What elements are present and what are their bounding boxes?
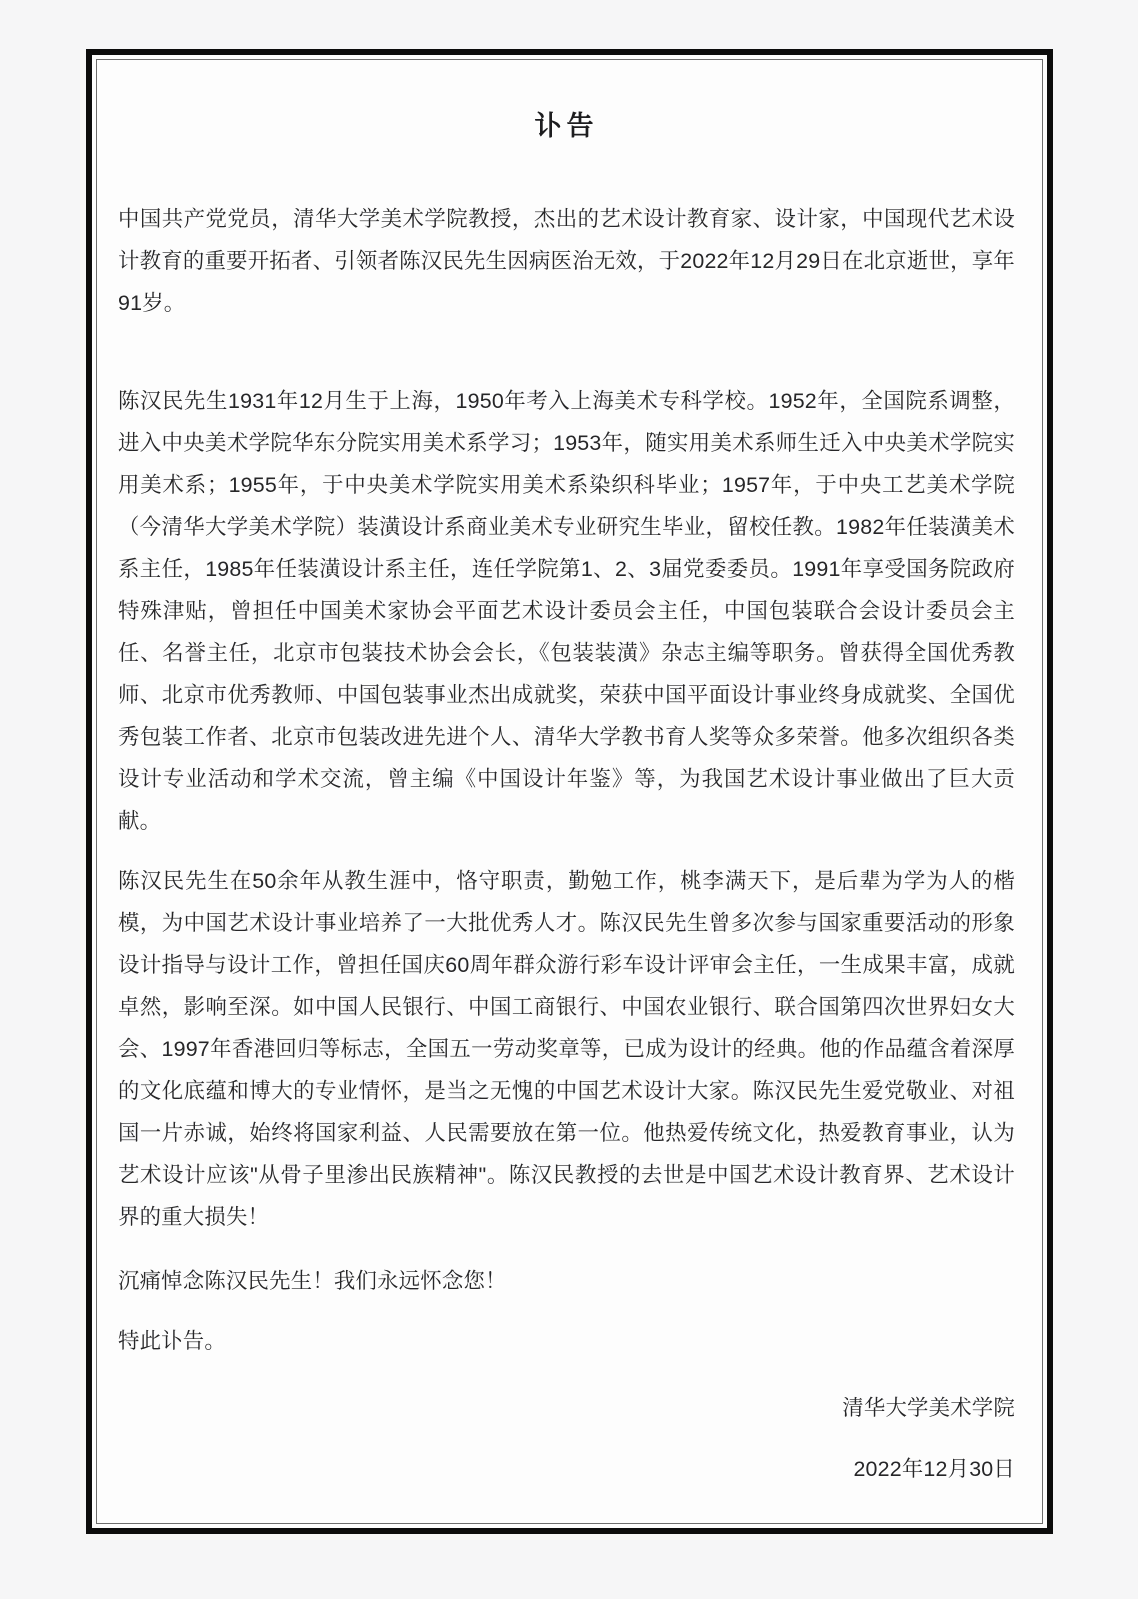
date-line: 2022年12月30日 xyxy=(118,1448,1015,1490)
document-page: 讣告 中国共产党党员，清华大学美术学院教授，杰出的艺术设计教育家、设计家，中国现… xyxy=(0,0,1138,1599)
obituary-paragraph-intro: 中国共产党党员，清华大学美术学院教授，杰出的艺术设计教育家、设计家，中国现代艺术… xyxy=(118,198,1015,324)
obituary-paragraph-mourning: 沉痛悼念陈汉民先生！我们永远怀念您！ xyxy=(118,1260,1015,1302)
obituary-frame: 讣告 中国共产党党员，清华大学美术学院教授，杰出的艺术设计教育家、设计家，中国现… xyxy=(86,49,1053,1534)
obituary-title: 讣告 xyxy=(118,110,1015,142)
signature-line: 清华大学美术学院 xyxy=(118,1387,1015,1429)
obituary-paragraph-biography: 陈汉民先生1931年12月生于上海，1950年考入上海美术专科学校。1952年，… xyxy=(118,380,1015,842)
obituary-paragraph-achievements: 陈汉民先生在50余年从教生涯中，恪守职责，勤勉工作，桃李满天下，是后辈为学为人的… xyxy=(118,860,1015,1238)
obituary-paragraph-closing: 特此讣告。 xyxy=(118,1320,1015,1362)
obituary-frame-inner: 讣告 中国共产党党员，清华大学美术学院教授，杰出的艺术设计教育家、设计家，中国现… xyxy=(96,59,1043,1524)
